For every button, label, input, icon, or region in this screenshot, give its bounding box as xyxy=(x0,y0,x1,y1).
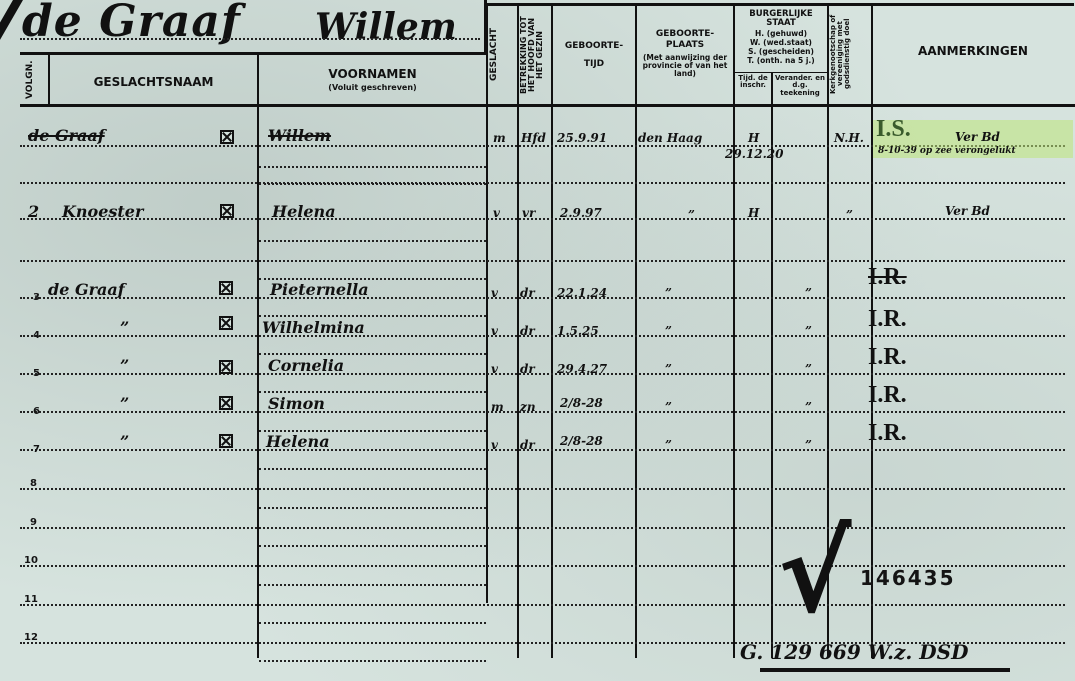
row-subline xyxy=(259,315,486,317)
col-divider-betrekking xyxy=(551,3,553,658)
col-header-volgnr: VOLGN. xyxy=(26,58,44,102)
header-bottom-line xyxy=(20,104,1075,107)
row-firstname: Helena xyxy=(266,432,330,451)
row-line-1b xyxy=(20,182,1065,184)
row-relation: dr xyxy=(520,286,535,300)
row-surname: ” xyxy=(120,432,129,451)
col-header-geboorteplaats-2: PLAATS xyxy=(637,41,733,50)
row-subline xyxy=(259,660,486,662)
row-birthplace: ” xyxy=(665,286,672,300)
row-number: 11 xyxy=(24,594,38,605)
col-header-bs-h: H. (gehuwd) xyxy=(735,30,827,38)
row-subline xyxy=(259,507,486,509)
row-birthdate: 29.4.27 xyxy=(557,362,607,376)
col-header-bs-w: W. (wed.staat) xyxy=(735,39,827,47)
row-birthdate: 25.9.91 xyxy=(557,131,607,145)
row-stamp: I.R. xyxy=(868,264,907,291)
checkbox-icon xyxy=(220,130,234,144)
row-stamp: I.R. xyxy=(868,420,907,447)
row-number: 3 xyxy=(33,292,40,303)
row-birthdate: 2.9.97 xyxy=(560,206,602,220)
row-surname: ” xyxy=(120,356,129,375)
row-birthplace: ” xyxy=(665,438,672,452)
col-header-bs-t: T. (onth. na 5 j.) xyxy=(735,57,827,65)
bs-sub-divider xyxy=(733,72,827,73)
col-header-bs-tijd: Tijd. de inschr. xyxy=(735,75,771,90)
row-birthdate: 22.1.24 xyxy=(557,286,607,300)
row-relation: dr xyxy=(520,362,535,376)
col-header-bs-s: S. (gescheiden) xyxy=(735,48,827,56)
row-surname: de Graaf xyxy=(48,280,125,299)
row-remarks: Ver Bd xyxy=(945,204,990,218)
row-line-2 xyxy=(20,218,1065,220)
row-birthplace: ” xyxy=(665,324,672,338)
col-divider-geslacht xyxy=(517,3,519,658)
row-stamp: I.R. xyxy=(868,382,907,409)
row-relation: zn xyxy=(520,400,536,414)
row-religion: ” xyxy=(805,400,812,414)
col-header-geboortetijd-2: TIJD xyxy=(553,60,635,69)
row-line-8 xyxy=(20,488,1065,490)
row-stamp: I.R. xyxy=(868,306,907,333)
row-surname: de Graaf xyxy=(28,126,105,145)
col-header-voornamen-sub: (Voluit geschreven) xyxy=(259,84,486,92)
col-divider-geboorteplaats xyxy=(733,3,735,658)
row-line-6 xyxy=(20,411,1065,413)
row-religion: ” xyxy=(805,362,812,376)
row-sex: v xyxy=(491,438,498,452)
header-top-line-left xyxy=(20,52,485,55)
row-line-5 xyxy=(20,373,1065,375)
row-number: 8 xyxy=(30,478,37,489)
row-number: 5 xyxy=(33,368,40,379)
row-religion: ” xyxy=(805,286,812,300)
row-subline xyxy=(259,166,486,168)
col-header-bs-verander: Verander. en d.g. teekening xyxy=(773,75,827,97)
col-header-geboortetijd-1: GEBOORTE- xyxy=(553,42,635,51)
checkbox-icon xyxy=(219,396,233,410)
row-relation: dr xyxy=(520,438,535,452)
row-subline xyxy=(259,240,486,242)
col-header-burgerlijke-staat: BURGERLIJKE STAAT xyxy=(735,10,827,28)
row-line-9 xyxy=(20,527,1065,529)
row-sex: v xyxy=(491,324,498,338)
row-line-4 xyxy=(20,335,1065,337)
row-birthplace: ” xyxy=(665,362,672,376)
row-birthplace: ” xyxy=(665,400,672,414)
row-sex: v xyxy=(493,206,500,220)
row-civil-status: H xyxy=(748,206,759,220)
row-relation: vr xyxy=(522,206,535,220)
row-relation: Hfd xyxy=(521,131,546,145)
header-top-line-right xyxy=(484,3,1074,6)
row-firstname: Willem xyxy=(268,126,331,145)
row-number: 7 xyxy=(33,444,40,455)
row-firstname: Wilhelmina xyxy=(262,318,365,337)
row-line-2b xyxy=(20,260,1065,262)
row-line-7 xyxy=(20,449,1065,451)
row-number: 6 xyxy=(33,406,40,417)
row-subline xyxy=(259,622,486,624)
row-remarks: Ver Bd xyxy=(955,130,1000,144)
row-sex: v xyxy=(491,362,498,376)
row-subline xyxy=(259,353,486,355)
row-firstname: Pieternella xyxy=(270,280,369,299)
checkmark-icon: √ xyxy=(778,518,851,628)
bottom-note: G. 129 669 W.z. DSD xyxy=(740,640,968,664)
col-header-kerkgenootschap: Kerkgenootschap of vereeniging met godsd… xyxy=(830,6,870,102)
row-firstname: Helena xyxy=(272,202,336,221)
row-surname: ” xyxy=(120,318,129,337)
row-religion: ” xyxy=(805,324,812,338)
row-surname: Knoester xyxy=(62,202,143,221)
col-header-voornamen: VOORNAMEN xyxy=(259,68,486,81)
checkbox-icon xyxy=(219,434,233,448)
col-header-geslacht: GESLACHT xyxy=(490,10,516,100)
checkbox-icon xyxy=(220,204,234,218)
row-religion: N.H. xyxy=(834,131,864,145)
row-religion: ” xyxy=(846,208,853,222)
col-header-geslachtsnaam: GESLACHTSNAAM xyxy=(50,76,257,89)
stamp-number: 146435 xyxy=(860,566,956,590)
header-firstname: Willem xyxy=(315,6,457,48)
header-dotted-line xyxy=(20,38,480,40)
row-birthplace: den Haag xyxy=(638,131,702,145)
row-birthdate: 2/8-28 xyxy=(560,396,603,410)
row-line-3 xyxy=(20,297,1065,299)
row-number: 12 xyxy=(24,632,38,643)
row-stamp: I.S. xyxy=(876,116,911,143)
row-subline xyxy=(259,391,486,393)
row-civil-change: 29.12.20 xyxy=(725,147,783,161)
checkbox-icon xyxy=(219,281,233,295)
row-number: 2 xyxy=(28,202,39,221)
row-birthdate: 2/8-28 xyxy=(560,434,603,448)
row-stamp: I.R. xyxy=(868,344,907,371)
row-number: 10 xyxy=(24,555,38,566)
row-civil-status: H xyxy=(748,131,759,145)
row-birthplace: ” xyxy=(688,208,695,222)
col-header-betrekking: BETREKKING TOT HET HOOFD VAN HET GEZIN xyxy=(520,8,550,102)
row-sex: v xyxy=(491,286,498,300)
checkbox-icon xyxy=(219,316,233,330)
row-sex: m xyxy=(491,400,504,414)
row-firstname: Simon xyxy=(268,394,325,413)
row-sex: m xyxy=(493,131,506,145)
row-religion: ” xyxy=(805,438,812,452)
bottom-note-underline xyxy=(760,668,1010,672)
checkbox-icon xyxy=(219,360,233,374)
col-header-aanmerkingen: AANMERKINGEN xyxy=(873,45,1073,58)
row-subline xyxy=(259,584,486,586)
row-number: 9 xyxy=(30,517,37,528)
row-remarks-2: 8-10-39 op zee verongelukt xyxy=(878,146,1016,156)
col-divider-voornamen xyxy=(486,3,488,603)
persoonskaart: de Graaf Willem VOLGN. GESLACHTSNAAM VOO… xyxy=(0,0,1075,681)
row-birthdate: 1.5.25 xyxy=(557,324,599,338)
row-subline xyxy=(259,468,486,470)
row-relation: dr xyxy=(520,324,535,338)
row-number: 4 xyxy=(33,330,40,341)
row-subline xyxy=(259,545,486,547)
col-divider-geboortetijd xyxy=(635,3,637,658)
row-firstname: Cornelia xyxy=(268,356,344,375)
row-surname: ” xyxy=(120,394,129,413)
col-header-geboorteplaats-sub: (Met aanwijzing der provincie of van het… xyxy=(639,54,731,78)
col-header-geboorteplaats-1: GEBOORTE- xyxy=(637,30,733,39)
row-line-11 xyxy=(20,604,1065,606)
